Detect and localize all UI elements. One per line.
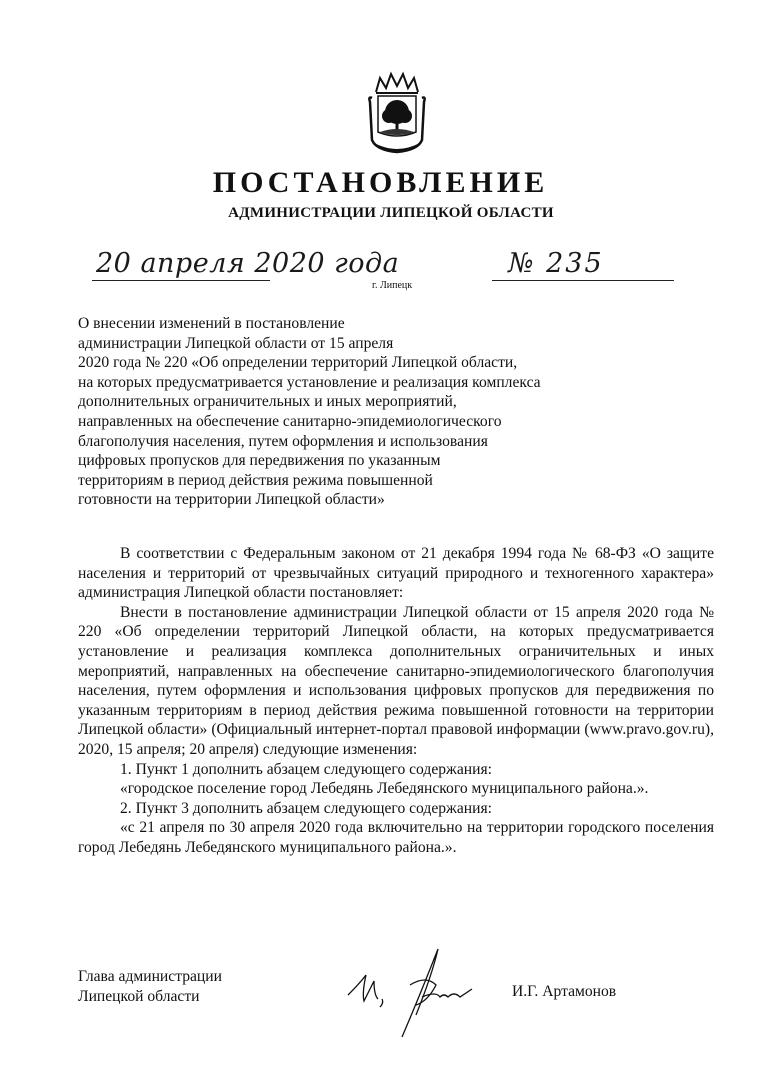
subject-line: 2020 года № 220 «Об определении территор… (78, 353, 541, 373)
body-paragraph-preamble: В соответствии с Федеральным законом от … (78, 544, 714, 603)
subject-line: направленных на обеспечение санитарно-эп… (78, 412, 541, 432)
handwritten-signature (340, 945, 490, 1040)
handwritten-date: 20 апреля 2020 года (96, 248, 399, 279)
subject-line: благополучия населения, путем оформления… (78, 432, 541, 452)
signatory-position: Глава администрации Липецкой области (78, 967, 222, 1006)
document-body: В соответствии с Федеральным законом от … (78, 544, 714, 858)
coat-of-arms-emblem (362, 70, 432, 156)
signatory-position-line: Липецкой области (78, 987, 222, 1007)
subject-line: администрации Липецкой области от 15 апр… (78, 334, 541, 354)
body-paragraph-amendment: Внести в постановление администрации Лип… (78, 603, 714, 760)
signatory-name: И.Г. Артамонов (512, 983, 616, 1001)
subject-line: дополнительных ограничительных и иных ме… (78, 392, 541, 412)
subject-line: на которых предусматривается установлени… (78, 373, 541, 393)
document-subject: О внесении изменений в постановление адм… (78, 314, 541, 510)
city-label: г. Липецк (372, 280, 412, 291)
body-paragraph-item-2: 2. Пункт 3 дополнить абзацем следующего … (78, 799, 714, 819)
document-issuer: АДМИНИСТРАЦИИ ЛИПЕЦКОЙ ОБЛАСТИ (0, 205, 761, 222)
subject-line: цифровых пропусков для передвижения по у… (78, 451, 541, 471)
handwritten-number: № 235 (508, 248, 604, 279)
subject-line: территориям в период действия режима пов… (78, 471, 541, 491)
body-paragraph-item-1-text: «городское поселение город Лебедянь Лебе… (78, 779, 714, 799)
number-underline (492, 280, 674, 281)
signatory-position-line: Глава администрации (78, 967, 222, 987)
document-title: ПОСТАНОВЛЕНИЕ (0, 166, 761, 200)
subject-line: О внесении изменений в постановление (78, 314, 541, 334)
body-paragraph-item-2-text: «с 21 апреля по 30 апреля 2020 года вклю… (78, 818, 714, 857)
body-paragraph-item-1: 1. Пункт 1 дополнить абзацем следующего … (78, 760, 714, 780)
subject-line: готовности на территории Липецкой област… (78, 490, 541, 510)
date-underline (92, 280, 270, 281)
